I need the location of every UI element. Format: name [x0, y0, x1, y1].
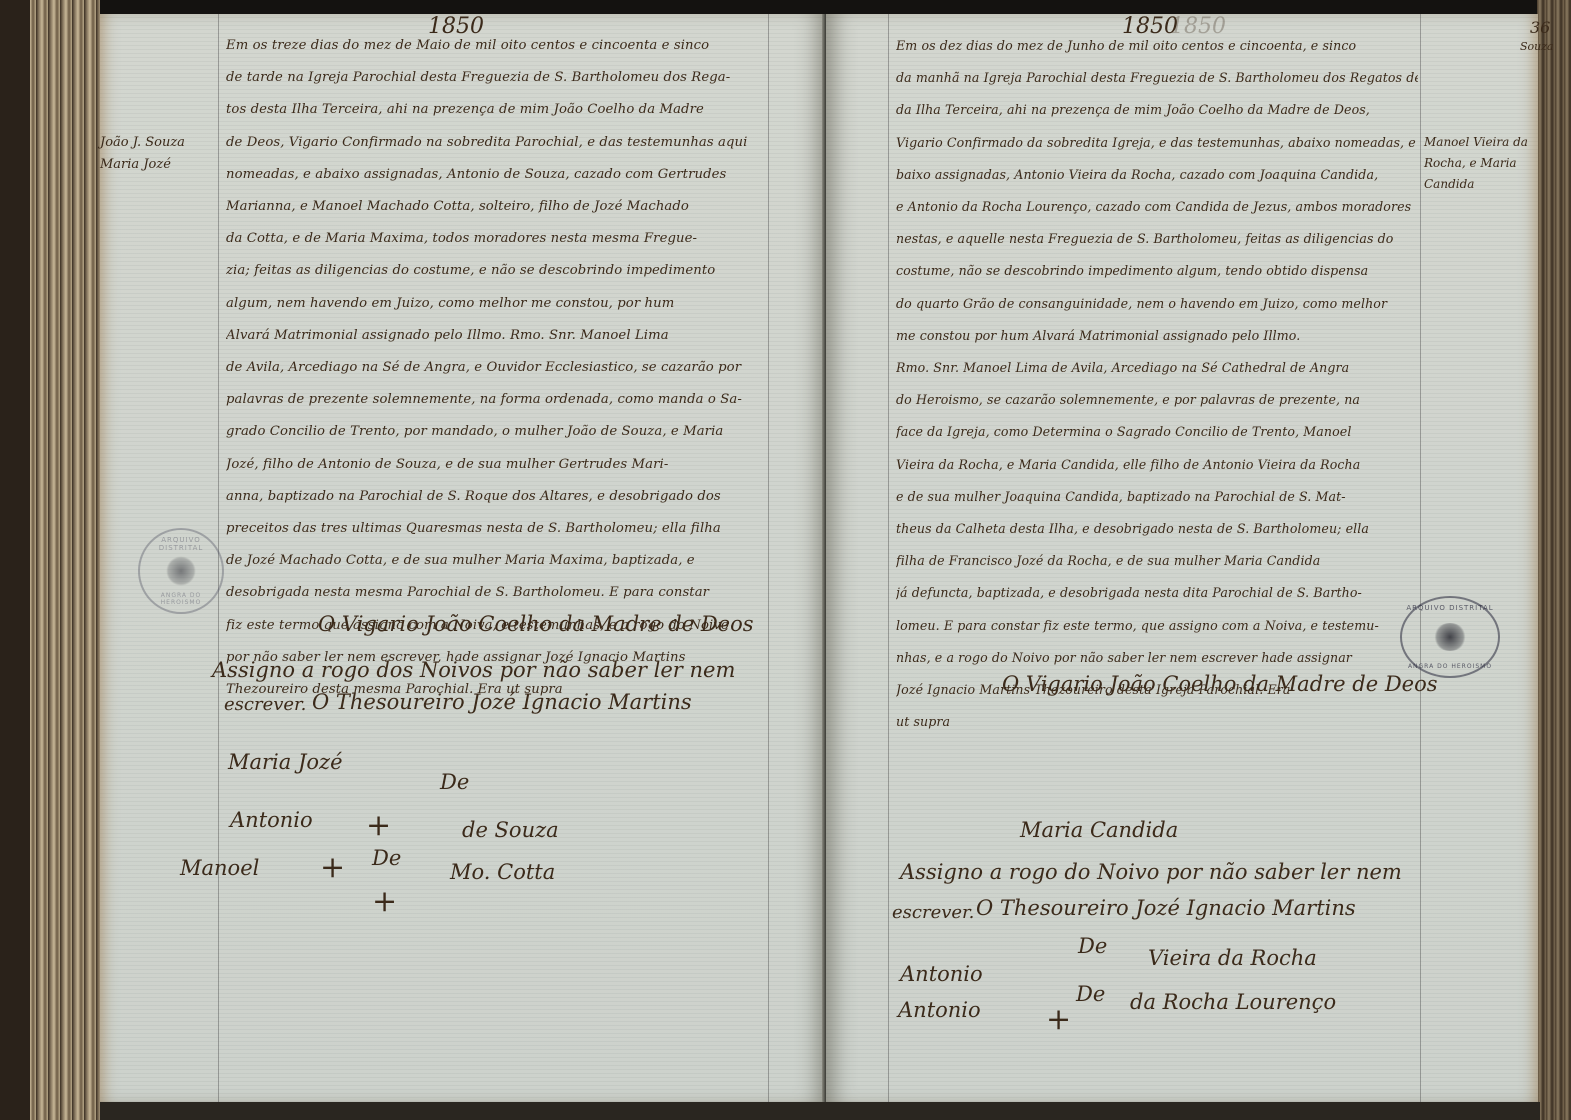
text-line: já defuncta, baptizada, e desobrigada ne… [896, 577, 1418, 609]
text-line: filha de Francisco Jozé da Rocha, e de s… [896, 545, 1418, 577]
text-line: da Ilha Terceira, ahi na prezença de mim… [896, 94, 1418, 126]
left-cross-mark-2: + [320, 850, 345, 885]
left-bride-signature: Maria Jozé [228, 750, 343, 774]
text-line: Em os treze dias do mez de Maio de mil o… [226, 30, 766, 62]
left-witness1-name: Antonio [230, 808, 313, 832]
margin-line: Candida [1424, 174, 1538, 195]
text-line: Em os dez dias do mez de Junho de mil oi… [896, 30, 1418, 62]
left-witness2-surname: Mo. Cotta [450, 860, 555, 884]
text-line: Jozé, filho de Antonio de Souza, e de su… [226, 449, 766, 481]
text-line: me constou por hum Alvará Matrimonial as… [896, 320, 1418, 352]
margin-line: Manoel Vieira da [1424, 132, 1538, 153]
right-rogo-line-1: Assigno a rogo do Noivo por não saber le… [900, 860, 1402, 884]
text-line: nestas, e aquelle nesta Freguezia de S. … [896, 223, 1418, 255]
right-vicar-signature: O Vigario João Coelho da Madre de Deos [1002, 672, 1438, 696]
right-witness1-surname: Vieira da Rocha [1148, 946, 1317, 970]
right-bride-signature: Maria Candida [1020, 818, 1178, 842]
right-cross-mark: + [1046, 1002, 1071, 1037]
text-line: Vigario Confirmado da sobredita Igreja, … [896, 127, 1418, 159]
right-margin-note: Manoel Vieira da Rocha, e Maria Candida [1424, 132, 1538, 195]
text-line: do Heroismo, se cazarão solemnemente, e … [896, 384, 1418, 416]
margin-bride: Maria Jozé [100, 154, 218, 176]
text-line: Rmo. Snr. Manoel Lima de Avila, Arcediag… [896, 352, 1418, 384]
right-left-rule [888, 14, 889, 1102]
stamp-bottom-text: ANGRA DO HEROISMO [1402, 663, 1498, 670]
text-line: do quarto Grão de consanguinidade, nem o… [896, 288, 1418, 320]
text-line: theus da Calheta desta Ilha, e desobriga… [896, 513, 1418, 545]
left-rogo-escrever: escrever. [224, 694, 306, 715]
right-rogo-escrever: escrever. [892, 902, 974, 923]
stamp-emblem-icon [166, 556, 196, 586]
text-line: de tarde na Igreja Parochial desta Fregu… [226, 62, 766, 94]
text-line: algum, nem havendo em Juizo, como melhor… [226, 288, 766, 320]
left-margin-note: João J. Souza Maria Jozé [100, 132, 218, 176]
text-line: de Avila, Arcediago na Sé de Angra, e Ou… [226, 352, 766, 384]
left-cross-mark-3: + [372, 884, 397, 919]
left-right-rule [768, 14, 769, 1102]
text-line: Marianna, e Manoel Machado Cotta, soltei… [226, 191, 766, 223]
margin-line: Rocha, e Maria [1424, 153, 1538, 174]
right-witness2-surname: da Rocha Lourenço [1130, 990, 1336, 1014]
text-line: anna, baptizado na Parochial de S. Roque… [226, 481, 766, 513]
text-line: grado Concilio de Trento, por mandado, o… [226, 416, 766, 448]
left-thesoureiro-signature: O Thesoureiro Jozé Ignacio Martins [312, 690, 692, 714]
left-entry-text: Em os treze dias do mez de Maio de mil o… [226, 30, 766, 706]
text-line: e de sua mulher Joaquina Candida, baptiz… [896, 481, 1418, 513]
text-line: Vieira da Rocha, e Maria Candida, elle f… [896, 449, 1418, 481]
right-de-mark-1: De [1078, 934, 1107, 958]
open-register-book: 1850 João J. Souza Maria Jozé Em os trez… [0, 0, 1571, 1120]
left-witness1-surname: de Souza [462, 818, 559, 842]
folio-subnote: Souza [1520, 40, 1554, 53]
right-thesoureiro-signature: O Thesoureiro Jozé Ignacio Martins [976, 896, 1356, 920]
right-entry-text: Em os dez dias do mez de Junho de mil oi… [896, 30, 1418, 738]
stamp-top-text: ARQUIVO DISTRITAL [1402, 604, 1498, 612]
text-line: face da Igreja, como Determina o Sagrado… [896, 416, 1418, 448]
margin-groom: João J. Souza [100, 132, 218, 154]
scan-bottom-border [100, 1102, 1540, 1120]
left-witness2-name: Manoel [180, 856, 259, 880]
text-line: desobrigada nesta mesma Parochial de S. … [226, 577, 766, 609]
stamp-emblem-icon [1433, 623, 1468, 651]
left-cross-mark-1: + [366, 808, 391, 843]
left-vicar-signature: O Vigario João Coelho da Madre de Deos [318, 612, 754, 636]
left-rogo-line-1: Assigno a rogo dos Noivos por não saber … [212, 658, 735, 682]
archive-stamp-right: ARQUIVO DISTRITAL ANGRA DO HEROISMO [1400, 596, 1500, 678]
text-line: zia; feitas as diligencias do costume, e… [226, 255, 766, 287]
right-de-mark-2: De [1076, 982, 1105, 1006]
text-line: nhas, e a rogo do Noivo por não saber le… [896, 642, 1418, 674]
text-line: e Antonio da Rocha Lourenço, cazado com … [896, 191, 1418, 223]
text-line: Alvará Matrimonial assignado pelo Illmo.… [226, 320, 766, 352]
text-line: baixo assignadas, Antonio Vieira da Roch… [896, 159, 1418, 191]
stamp-bottom-text: ANGRA DO HEROISMO [140, 592, 222, 606]
text-line: da Cotta, e de Maria Maxima, todos morad… [226, 223, 766, 255]
scan-top-border [100, 0, 1540, 14]
right-margin-rule [1420, 14, 1421, 1102]
text-line: nomeadas, e abaixo assignadas, Antonio d… [226, 159, 766, 191]
left-de-mark-2: De [372, 846, 401, 870]
text-line: palavras de prezente solemnemente, na fo… [226, 384, 766, 416]
text-line: ut supra [896, 706, 1418, 738]
text-line: da manhã na Igreja Parochial desta Fregu… [896, 62, 1418, 94]
text-line: de Jozé Machado Cotta, e de sua mulher M… [226, 545, 766, 577]
text-line: lomeu. E para constar fiz este termo, qu… [896, 610, 1418, 642]
stamp-top-text: ARQUIVO DISTRITAL [140, 536, 222, 552]
left-de-mark-1: De [440, 770, 469, 794]
text-line: preceitos das tres ultimas Quaresmas nes… [226, 513, 766, 545]
text-line: de Deos, Vigario Confirmado na sobredita… [226, 127, 766, 159]
right-witness1-name: Antonio [900, 962, 983, 986]
left-page-edges [0, 0, 100, 1120]
folio-number: 36 [1530, 18, 1550, 37]
text-line: tos desta Ilha Terceira, ahi na prezença… [226, 94, 766, 126]
archive-stamp-left: ARQUIVO DISTRITAL ANGRA DO HEROISMO [138, 528, 224, 614]
text-line: costume, não se descobrindo impedimento … [896, 255, 1418, 287]
right-witness2-name: Antonio [898, 998, 981, 1022]
right-page-edges [1537, 0, 1571, 1120]
